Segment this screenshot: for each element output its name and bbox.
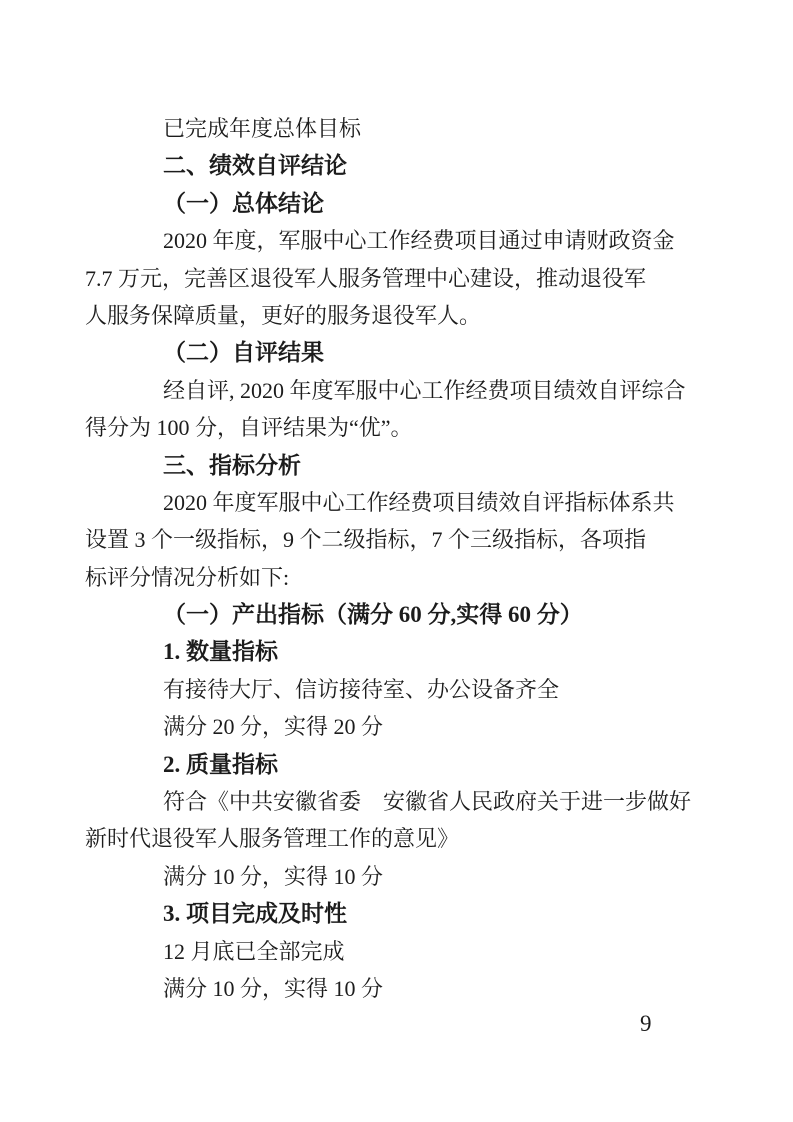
paragraph-indicator-system-line-3: 标评分情况分析如下: (85, 559, 707, 596)
text-quantity-indicator-content: 有接待大厅、信访接待室、办公设备齐全 (85, 671, 707, 708)
text-quantity-indicator-score: 满分 20 分，实得 20 分 (85, 708, 707, 745)
text-quality-indicator-score: 满分 10 分，实得 10 分 (85, 858, 707, 895)
page-number: 9 (640, 1010, 652, 1038)
paragraph-overall-conclusion-line-1: 2020 年度，军服中心工作经费项目通过申请财政资金 (85, 222, 707, 259)
paragraph-overall-conclusion-line-2: 7.7 万元，完善区退役军人服务管理中心建设，推动退役军 (85, 260, 707, 297)
heading-quantity-indicator: 1. 数量指标 (85, 633, 707, 670)
paragraph-self-evaluation-result-line-1: 经自评, 2020 年度军服中心工作经费项目绩效自评综合 (85, 372, 707, 409)
heading-self-evaluation-result: （二）自评结果 (85, 334, 707, 371)
text-quality-indicator-content-line-1: 符合《中共安徽省委 安徽省人民政府关于进一步做好 (85, 783, 707, 820)
paragraph-indicator-system-line-1: 2020 年度军服中心工作经费项目绩效自评指标体系共 (85, 484, 707, 521)
text-quality-indicator-content-line-2: 新时代退役军人服务管理工作的意见》 (85, 820, 707, 857)
heading-section-three-indicator-analysis: 三、指标分析 (85, 447, 707, 484)
paragraph-indicator-system-line-2: 设置 3 个一级指标，9 个二级指标，7 个三级指标，各项指 (85, 521, 707, 558)
heading-overall-conclusion: （一）总体结论 (85, 185, 707, 222)
heading-timeliness-indicator: 3. 项目完成及时性 (85, 895, 707, 932)
paragraph-overall-conclusion-line-3: 人服务保障质量，更好的服务退役军人。 (85, 297, 707, 334)
heading-section-two-conclusion: 二、绩效自评结论 (85, 147, 707, 184)
document-page: 已完成年度总体目标 二、绩效自评结论 （一）总体结论 2020 年度，军服中心工… (0, 0, 793, 1122)
text-timeliness-indicator-score: 满分 10 分，实得 10 分 (85, 970, 707, 1007)
text-line-annual-goal: 已完成年度总体目标 (85, 110, 707, 147)
paragraph-self-evaluation-result-line-2: 得分为 100 分，自评结果为“优”。 (85, 409, 707, 446)
heading-quality-indicator: 2. 质量指标 (85, 746, 707, 783)
heading-output-indicator: （一）产出指标（满分 60 分,实得 60 分） (85, 596, 707, 633)
text-timeliness-indicator-content: 12 月底已全部完成 (85, 933, 707, 970)
document-content: 已完成年度总体目标 二、绩效自评结论 （一）总体结论 2020 年度，军服中心工… (85, 110, 707, 1007)
